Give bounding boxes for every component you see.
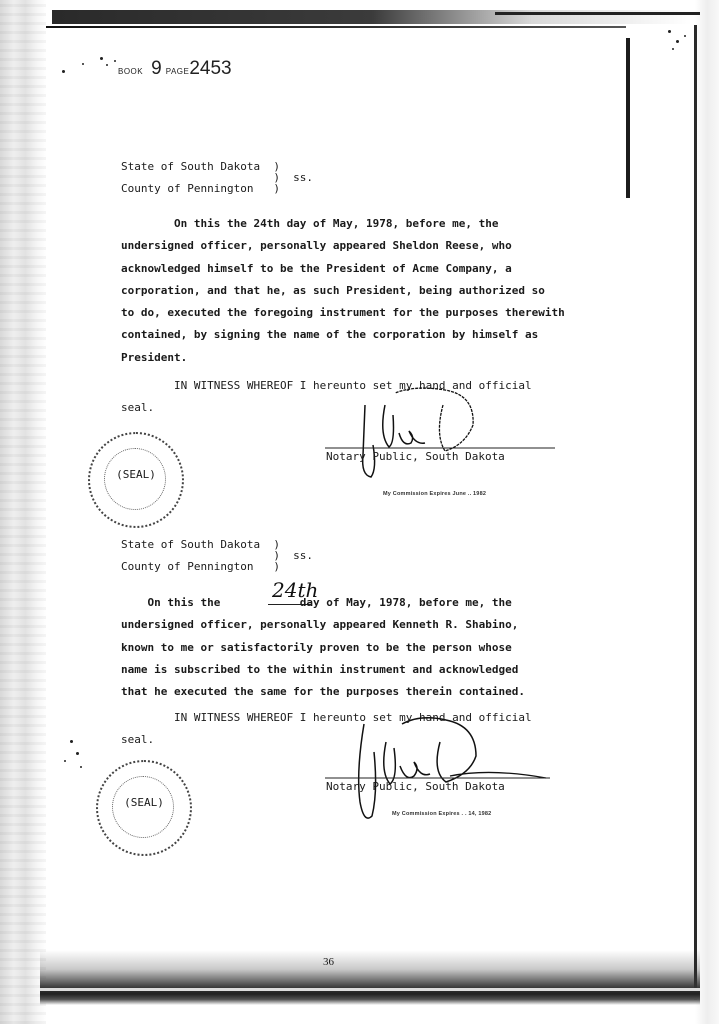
venue-county-1: County of Pennington ): [121, 178, 280, 200]
scan-border-top-inner: [46, 26, 626, 28]
page-number-stamp: 2453: [189, 58, 231, 79]
body-line: contained, by signing the name of the co…: [121, 324, 591, 346]
scan-edge-left: [0, 0, 46, 1024]
notary-public-label-2: Notary Public, South Dakota: [326, 780, 505, 793]
body-line: to do, executed the foregoing instrument…: [121, 302, 591, 324]
acknowledgment-2-body: On this the day of May, 1978, before me,…: [121, 592, 591, 703]
speckle: [672, 48, 674, 50]
scan-border-right-inner: [626, 38, 630, 198]
acknowledgment-1-body: On this the 24th day of May, 1978, befor…: [121, 213, 591, 369]
book-number: 9: [151, 58, 162, 79]
book-page-stamp: BOOK9PAGE2453: [118, 58, 232, 80]
book-label: BOOK: [118, 67, 143, 76]
footer-page-number: 36: [323, 956, 334, 968]
speckle: [684, 35, 686, 37]
commission-expires-1: My Commission Expires June .. 1982: [383, 491, 486, 497]
page-label: PAGE: [166, 67, 190, 76]
speckle: [62, 70, 65, 73]
scan-border-right: [694, 25, 697, 1000]
commission-expires-2: My Commission Expires . . 14, 1982: [392, 811, 491, 817]
speckle: [64, 760, 66, 762]
speckle: [668, 30, 671, 33]
body-line: name is subscribed to the within instrum…: [121, 659, 591, 681]
body-line: known to me or satisfactorily proven to …: [121, 637, 591, 659]
speckle: [70, 740, 73, 743]
speckle: [76, 752, 79, 755]
notary-seal-2: (SEAL): [96, 760, 192, 856]
body-line: corporation, and that he, as such Presid…: [121, 280, 591, 302]
body-line: On this the day of May, 1978, before me,…: [121, 592, 591, 614]
speckle: [114, 60, 116, 62]
speckle: [80, 766, 82, 768]
notary-signature-1: [355, 385, 575, 485]
body-line: On this the 24th day of May, 1978, befor…: [121, 213, 591, 235]
body-line: acknowledged himself to be the President…: [121, 258, 591, 280]
venue-county-2: County of Pennington ): [121, 556, 280, 578]
speckle: [676, 40, 679, 43]
seal-label: (SEAL): [90, 468, 182, 481]
body-line: President.: [121, 347, 591, 369]
scan-border-top-right: [495, 12, 700, 15]
body-line: that he executed the same for the purpos…: [121, 681, 591, 703]
scan-edge-right: [695, 0, 719, 1024]
speckle: [106, 64, 108, 66]
scan-border-bottom: [40, 950, 700, 1005]
notary-seal-1: (SEAL): [88, 432, 184, 528]
speckle: [100, 57, 103, 60]
body-line: undersigned officer, personally appeared…: [121, 235, 591, 257]
seal-label: (SEAL): [98, 796, 190, 809]
speckle: [82, 63, 84, 65]
body-line: undersigned officer, personally appeared…: [121, 614, 591, 636]
notary-public-label-1: Notary Public, South Dakota: [326, 450, 505, 463]
